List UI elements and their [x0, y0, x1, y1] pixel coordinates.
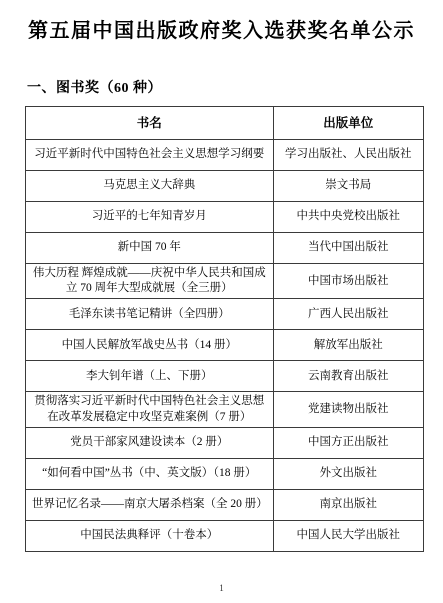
book-title-cell: 李大钊年谱（上、下册）: [26, 361, 274, 392]
book-title-cell: 世界记忆名录——南京大屠杀档案（全 20 册）: [26, 489, 274, 520]
book-title-cell: 党员干部家风建设读本（2 册）: [26, 427, 274, 458]
table-header-row: 书名 出版单位: [26, 107, 424, 140]
table-row: 新中国 70 年当代中国出版社: [26, 233, 424, 264]
section-heading-book-award: 一、图书奖（60 种）: [27, 77, 443, 97]
column-header-book-title: 书名: [26, 107, 274, 140]
table-row: “如何看中国”丛书（中、英文版）（18 册）外文出版社: [26, 458, 424, 489]
book-title-cell: 中国民法典释评（十卷本）: [26, 520, 274, 551]
table-row: 马克思主义大辞典崇文书局: [26, 171, 424, 202]
table-row: 习近平新时代中国特色社会主义思想学习纲要学习出版社、人民出版社: [26, 140, 424, 171]
table-row: 党员干部家风建设读本（2 册）中国方正出版社: [26, 427, 424, 458]
book-title-cell: 伟大历程 辉煌成就——庆祝中华人民共和国成立 70 周年大型成就展（全三册）: [26, 264, 274, 299]
publisher-cell: 党建读物出版社: [273, 392, 423, 427]
publisher-cell: 学习出版社、人民出版社: [273, 140, 423, 171]
publisher-cell: 解放军出版社: [273, 330, 423, 361]
publisher-cell: 南京出版社: [273, 489, 423, 520]
publisher-cell: 外文出版社: [273, 458, 423, 489]
book-title-cell: 习近平新时代中国特色社会主义思想学习纲要: [26, 140, 274, 171]
book-title-cell: 贯彻落实习近平新时代中国特色社会主义思想在改革发展稳定中攻坚克难案例（7 册）: [26, 392, 274, 427]
book-title-cell: 马克思主义大辞典: [26, 171, 274, 202]
table-row: 毛泽东读书笔记精讲（全四册）广西人民出版社: [26, 299, 424, 330]
table-row: 中国人民解放军战史丛书（14 册）解放军出版社: [26, 330, 424, 361]
page-title: 第五届中国出版政府奖入选获奖名单公示: [10, 18, 433, 44]
book-title-cell: 中国人民解放军战史丛书（14 册）: [26, 330, 274, 361]
book-title-cell: 习近平的七年知青岁月: [26, 202, 274, 233]
column-header-publisher: 出版单位: [273, 107, 423, 140]
publisher-cell: 当代中国出版社: [273, 233, 423, 264]
publisher-cell: 中国方正出版社: [273, 427, 423, 458]
publisher-cell: 广西人民出版社: [273, 299, 423, 330]
table-row: 习近平的七年知青岁月中共中央党校出版社: [26, 202, 424, 233]
publisher-cell: 云南教育出版社: [273, 361, 423, 392]
table-row: 李大钊年谱（上、下册）云南教育出版社: [26, 361, 424, 392]
book-title-cell: 新中国 70 年: [26, 233, 274, 264]
table-row: 贯彻落实习近平新时代中国特色社会主义思想在改革发展稳定中攻坚克难案例（7 册）党…: [26, 392, 424, 427]
table-row: 中国民法典释评（十卷本）中国人民大学出版社: [26, 520, 424, 551]
table-row: 世界记忆名录——南京大屠杀档案（全 20 册）南京出版社: [26, 489, 424, 520]
award-table: 书名 出版单位 习近平新时代中国特色社会主义思想学习纲要学习出版社、人民出版社马…: [25, 106, 424, 552]
page-number: 1: [0, 583, 443, 593]
table-row: 伟大历程 辉煌成就——庆祝中华人民共和国成立 70 周年大型成就展（全三册）中国…: [26, 264, 424, 299]
publisher-cell: 中共中央党校出版社: [273, 202, 423, 233]
book-title-cell: “如何看中国”丛书（中、英文版）（18 册）: [26, 458, 274, 489]
publisher-cell: 中国人民大学出版社: [273, 520, 423, 551]
book-title-cell: 毛泽东读书笔记精讲（全四册）: [26, 299, 274, 330]
publisher-cell: 崇文书局: [273, 171, 423, 202]
publisher-cell: 中国市场出版社: [273, 264, 423, 299]
